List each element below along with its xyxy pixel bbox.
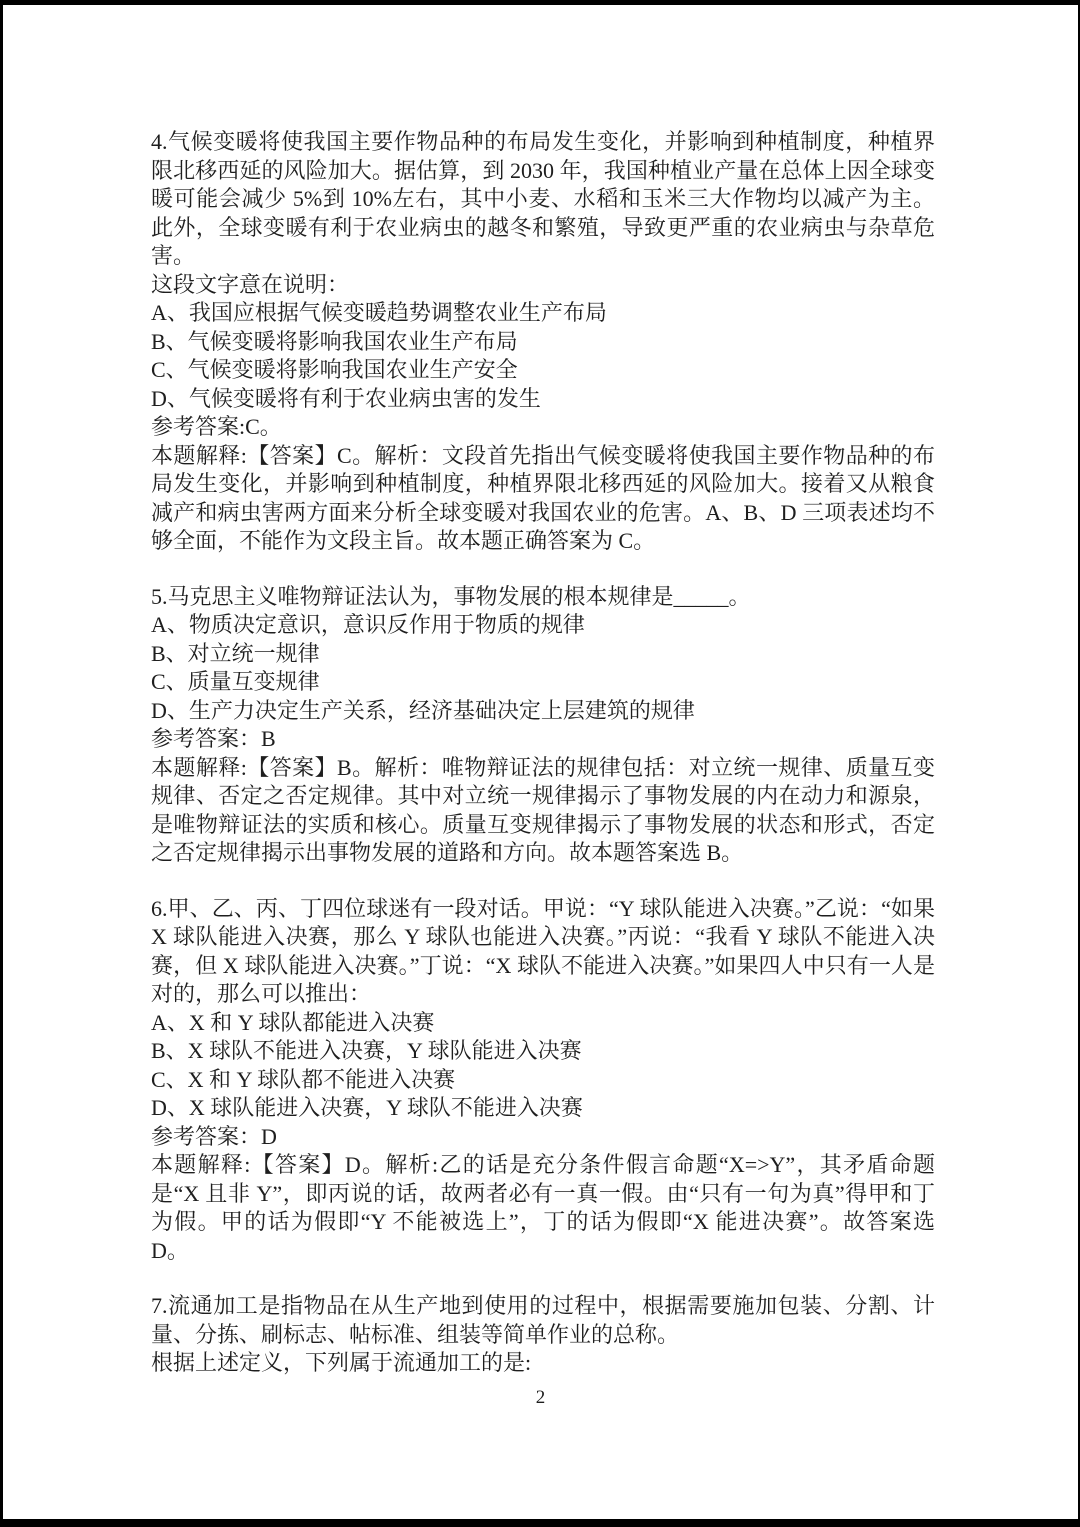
question-stem: 4.气候变暖将使我国主要作物品种的布局发生变化，并影响到种植制度，种植界限北移西… <box>151 128 935 271</box>
option-d: D、气候变暖将有利于农业病虫害的发生 <box>151 385 935 414</box>
answer-line: 参考答案:C。 <box>151 413 935 442</box>
answer-line: 参考答案：D <box>151 1123 935 1152</box>
question-prompt: 这段文字意在说明： <box>151 271 935 300</box>
option-b: B、X 球队不能进入决赛，Y 球队能进入决赛 <box>151 1037 935 1066</box>
option-a: A、X 和 Y 球队都能进入决赛 <box>151 1009 935 1038</box>
answer-line: 参考答案：B <box>151 725 935 754</box>
document-page: 4.气候变暖将使我国主要作物品种的布局发生变化，并影响到种植制度，种植界限北移西… <box>0 0 1080 1527</box>
option-b: B、对立统一规律 <box>151 640 935 669</box>
explanation: 本题解释:【答案】C。解析：文段首先指出气候变暖将使我国主要作物品种的布局发生变… <box>151 442 935 556</box>
question-4: 4.气候变暖将使我国主要作物品种的布局发生变化，并影响到种植制度，种植界限北移西… <box>151 128 935 556</box>
question-6: 6.甲、乙、丙、丁四位球迷有一段对话。甲说：“Y 球队能进入决赛。”乙说：“如果… <box>151 895 935 1266</box>
page-content: 4.气候变暖将使我国主要作物品种的布局发生变化，并影响到种植制度，种植界限北移西… <box>151 128 935 1405</box>
option-c: C、质量互变规律 <box>151 668 935 697</box>
option-c: C、气候变暖将影响我国农业生产安全 <box>151 356 935 385</box>
question-5: 5.马克思主义唯物辩证法认为，事物发展的根本规律是_____。 A、物质决定意识… <box>151 583 935 868</box>
question-stem: 7.流通加工是指物品在从生产地到使用的过程中，根据需要施加包装、分割、计量、分拣… <box>151 1292 935 1349</box>
option-d: D、X 球队能进入决赛，Y 球队不能进入决赛 <box>151 1094 935 1123</box>
option-a: A、物质决定意识，意识反作用于物质的规律 <box>151 611 935 640</box>
question-stem: 5.马克思主义唯物辩证法认为，事物发展的根本规律是_____。 <box>151 583 935 612</box>
option-c: C、X 和 Y 球队都不能进入决赛 <box>151 1066 935 1095</box>
option-b: B、气候变暖将影响我国农业生产布局 <box>151 328 935 357</box>
explanation: 本题解释:【答案】B。解析：唯物辩证法的规律包括：对立统一规律、质量互变规律、否… <box>151 754 935 868</box>
option-a: A、我国应根据气候变暖趋势调整农业生产布局 <box>151 299 935 328</box>
question-prompt: 根据上述定义，下列属于流通加工的是: <box>151 1349 935 1378</box>
option-d: D、生产力决定生产关系，经济基础决定上层建筑的规律 <box>151 697 935 726</box>
page-number: 2 <box>3 1387 1078 1409</box>
question-stem: 6.甲、乙、丙、丁四位球迷有一段对话。甲说：“Y 球队能进入决赛。”乙说：“如果… <box>151 895 935 1009</box>
question-7: 7.流通加工是指物品在从生产地到使用的过程中，根据需要施加包装、分割、计量、分拣… <box>151 1292 935 1378</box>
explanation: 本题解释:【答案】D。解析:乙的话是充分条件假言命题“X=>Y”，其矛盾命题是“… <box>151 1151 935 1265</box>
